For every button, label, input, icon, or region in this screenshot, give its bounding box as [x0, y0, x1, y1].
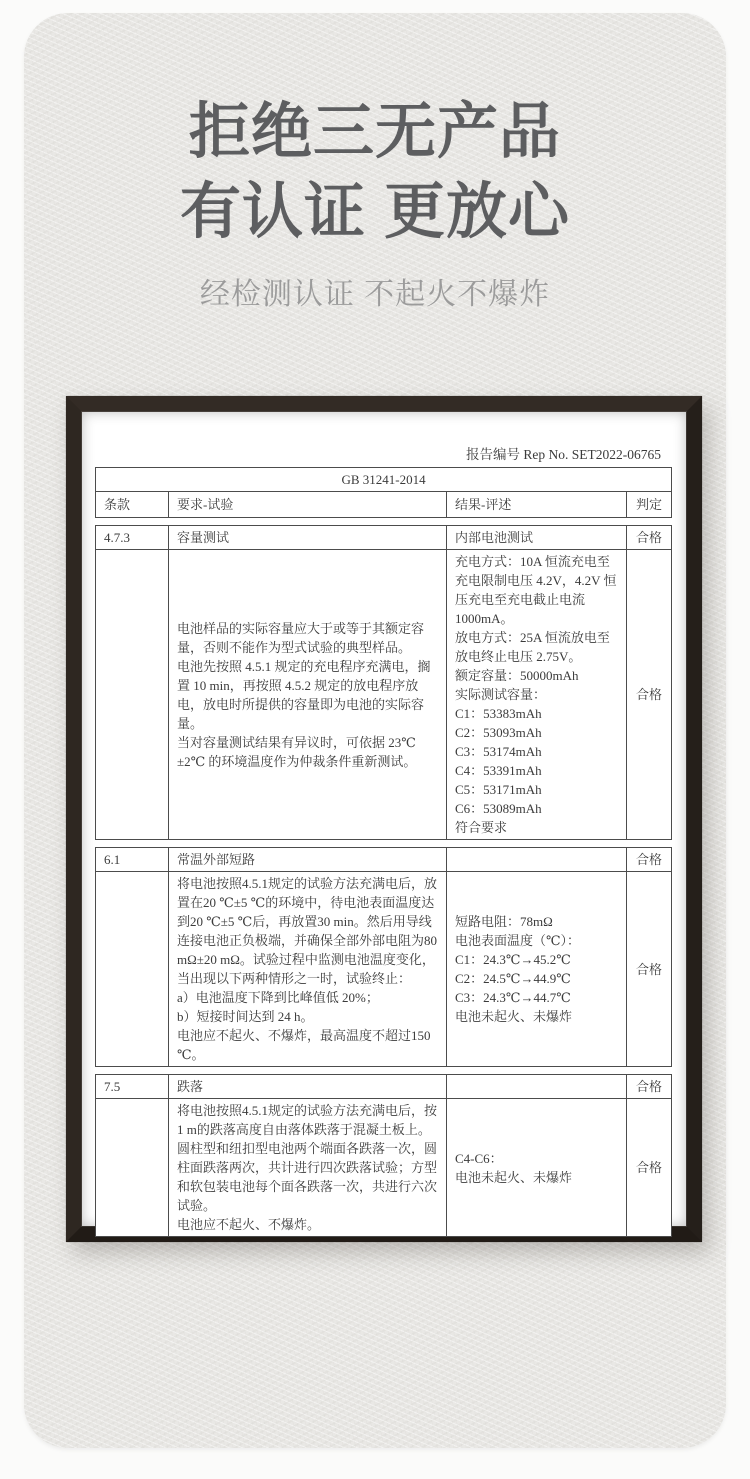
- report-table-header: GB 31241-2014 条款 要求-试验 结果-评述 判定: [95, 467, 672, 518]
- detail-verdict-cell: 合格: [627, 550, 672, 840]
- result-summary-cell: 内部电池测试: [447, 526, 627, 550]
- test-name-cell: 跌落: [169, 1075, 447, 1099]
- clause-cell: 4.7.3: [96, 526, 169, 550]
- column-header-clause: 条款: [96, 492, 169, 518]
- verdict-cell: 合格: [627, 1075, 672, 1099]
- report-section-capacity-test: 4.7.3 容量测试 内部电池测试 合格 电池样品的实际容量应大于或等于其额定容…: [95, 525, 672, 840]
- certificate-frame: 报告编号 Rep No. SET2022-06765 GB 31241-2014…: [66, 396, 702, 1242]
- empty-clause-cell: [96, 872, 169, 1067]
- section-title-row: 6.1 常温外部短路 合格: [96, 848, 672, 872]
- section-detail-row: 将电池按照4.5.1规定的试验方法充满电后，按1 m的跌落高度自由落体跌落于混凝…: [96, 1099, 672, 1237]
- headline-line-2: 有认证 更放心: [24, 171, 726, 251]
- requirement-cell: 将电池按照4.5.1规定的试验方法充满电后，放置在20 ℃±5 ℃的环境中，待电…: [169, 872, 447, 1067]
- empty-clause-cell: [96, 1099, 169, 1237]
- requirement-cell: 电池样品的实际容量应大于或等于其额定容量，否则不能作为型式试验的典型样品。 电池…: [169, 550, 447, 840]
- test-name-cell: 常温外部短路: [169, 848, 447, 872]
- verdict-cell: 合格: [627, 848, 672, 872]
- test-name-cell: 容量测试: [169, 526, 447, 550]
- report-section-short-circuit: 6.1 常温外部短路 合格 将电池按照4.5.1规定的试验方法充满电后，放置在2…: [95, 847, 672, 1067]
- section-title-row: 4.7.3 容量测试 内部电池测试 合格: [96, 526, 672, 550]
- promo-card: 拒绝三无产品 有认证 更放心 经检测认证 不起火不爆炸 报告编号 Rep No.…: [24, 13, 726, 1448]
- report-number: 报告编号 Rep No. SET2022-06765: [95, 446, 671, 464]
- column-header-requirement: 要求-试验: [169, 492, 447, 518]
- standard-name: GB 31241-2014: [96, 468, 672, 492]
- result-detail-cell: C4-C6： 电池未起火、未爆炸: [447, 1099, 627, 1237]
- column-header-result: 结果-评述: [447, 492, 627, 518]
- result-detail-cell: 短路电阻：78mΩ 电池表面温度（℃）： C1：24.3℃→45.2℃ C2：2…: [447, 872, 627, 1067]
- headline-line-1: 拒绝三无产品: [24, 91, 726, 171]
- clause-cell: 7.5: [96, 1075, 169, 1099]
- requirement-cell: 将电池按照4.5.1规定的试验方法充满电后，按1 m的跌落高度自由落体跌落于混凝…: [169, 1099, 447, 1237]
- subtitle: 经检测认证 不起火不爆炸: [24, 277, 726, 313]
- result-summary-cell: [447, 1075, 627, 1099]
- clause-cell: 6.1: [96, 848, 169, 872]
- report-section-drop-test: 7.5 跌落 合格 将电池按照4.5.1规定的试验方法充满电后，按1 m的跌落高…: [95, 1074, 672, 1237]
- column-header-row: 条款 要求-试验 结果-评述 判定: [96, 492, 672, 518]
- section-title-row: 7.5 跌落 合格: [96, 1075, 672, 1099]
- section-detail-row: 电池样品的实际容量应大于或等于其额定容量，否则不能作为型式试验的典型样品。 电池…: [96, 550, 672, 840]
- result-detail-cell: 充电方式：10A 恒流充电至充电限制电压 4.2V，4.2V 恒压充电至充电截止…: [447, 550, 627, 840]
- report-paper: 报告编号 Rep No. SET2022-06765 GB 31241-2014…: [82, 412, 686, 1226]
- verdict-cell: 合格: [627, 526, 672, 550]
- standard-row: GB 31241-2014: [96, 468, 672, 492]
- result-summary-cell: [447, 848, 627, 872]
- detail-verdict-cell: 合格: [627, 872, 672, 1067]
- column-header-verdict: 判定: [627, 492, 672, 518]
- section-detail-row: 将电池按照4.5.1规定的试验方法充满电后，放置在20 ℃±5 ℃的环境中，待电…: [96, 872, 672, 1067]
- detail-verdict-cell: 合格: [627, 1099, 672, 1237]
- empty-clause-cell: [96, 550, 169, 840]
